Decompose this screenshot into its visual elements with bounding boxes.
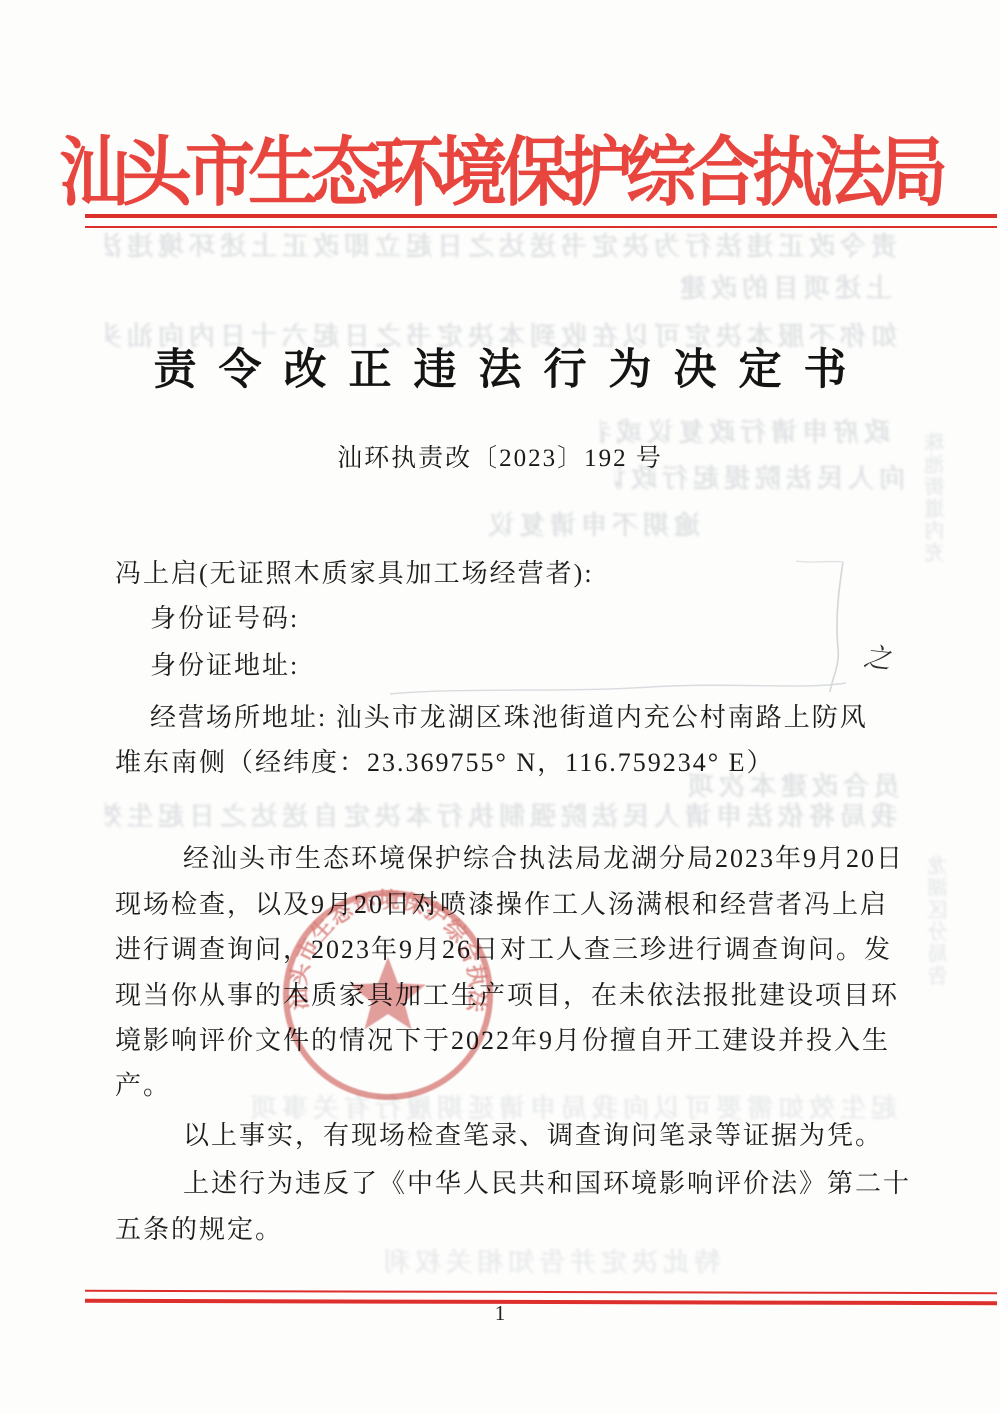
paragraph-findings-line-3: 进行调查询问，2023年9月26日对工人查三珍进行调查询问。发 (115, 929, 892, 966)
paragraph-findings-line-1: 经汕头市生态环境保护综合执法局龙湖分局2023年9月20日 (183, 838, 904, 875)
paragraph-findings-line-2: 现场检查，以及9月20日对喷漆操作工人汤满根和经营者冯上启 (115, 884, 888, 921)
official-red-seal: 汕头市生态环境保护综合执法局 (278, 885, 498, 1105)
business-address-line-1: 经营场所地址: 汕头市龙湖区珠池街道内充公村南路上防风 (150, 697, 868, 734)
business-address-line-2: 堆东南侧（经纬度：23.369755° N，116.759234° E） (115, 742, 775, 779)
id-address-label: 身份证地址: (150, 645, 299, 682)
ghost-text-column: 龙湖区分局告 (925, 855, 954, 985)
ghost-text-line: 我局将依法申请人民法院强制执行本决定自送达之日起生效 (105, 796, 897, 833)
ghost-text-line: 特此决定并告知相关权利 (160, 1242, 720, 1279)
paragraph-findings-line-4: 现当你从事的木质家具加工生产项目，在未依法报批建设项目环 (115, 975, 899, 1012)
recipient-line: 冯上启(无证照木质家具加工场经营者): (115, 553, 594, 590)
scanned-document-page: 责令改正违法行为决定书送达之日起立即改正上述环境违法行为 上述项目的改建 如你不… (0, 0, 1000, 1414)
id-number-label: 身份证号码: (150, 598, 299, 635)
masthead-double-rule (85, 214, 997, 228)
agency-masthead-title: 汕头市生态环境保护综合执法局 (0, 112, 1000, 221)
paragraph-evidence-line: 以上事实，有现场检查笔录、调查询问笔录等证据为凭。 (183, 1115, 883, 1152)
page-number: 1 (0, 1301, 1000, 1326)
paragraph-findings-line-5: 境影响评价文件的情况下于2022年9月份擅自开工建设并投入生 (115, 1020, 890, 1057)
uncovered-stray-character: 之 (862, 635, 893, 677)
paragraph-violation-line-1: 上述行为违反了《中华人民共和国环境影响评价法》第二十 (183, 1163, 911, 1200)
ghost-text-line: 逾期不申请复议 (330, 505, 700, 542)
ghost-text-line: 责令改正违法行为决定书送达之日起立即改正上述环境违法行为 (105, 226, 897, 263)
document-title: 责令改正违法行为决定书 (0, 336, 1000, 397)
ghost-text-line: 上述项目的改建 (612, 268, 892, 305)
paragraph-findings-line-6: 产。 (115, 1065, 171, 1102)
paragraph-violation-line-2: 五条的规定。 (115, 1209, 283, 1246)
document-number: 汕环执责改〔2023〕192 号 (0, 438, 1000, 474)
seal-star-icon (350, 957, 426, 1029)
